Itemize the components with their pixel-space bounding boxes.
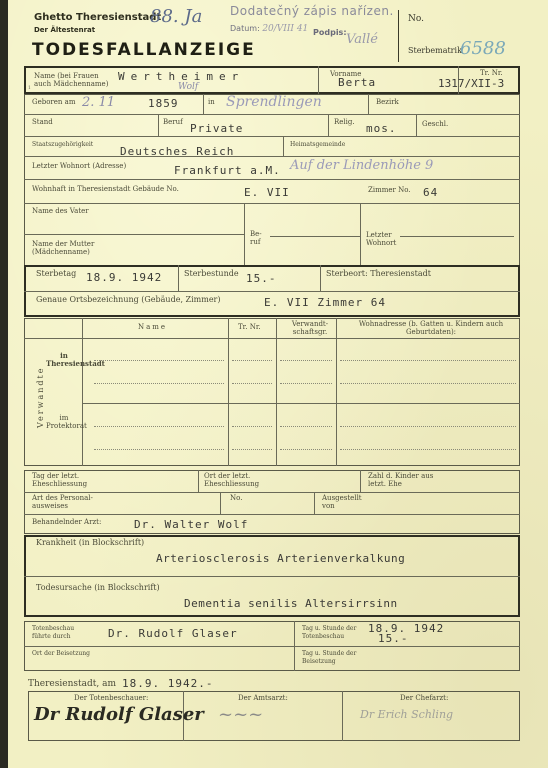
wohnhaft-label: Wohnhaft in Theresienstadt Gebäude No.: [32, 185, 179, 193]
zimmer-label: Zimmer No.: [368, 186, 411, 194]
sterbematrik-label: Sterbematrik: [408, 46, 462, 55]
sig1-value: Dr Rudolf Glaser: [34, 704, 204, 725]
stamp-signature-value: Vallé: [346, 32, 378, 47]
issued-by-label: Ausgestellt von: [322, 494, 362, 510]
maiden-name-hand: Wolf: [178, 82, 198, 92]
burial-place-label: Ort der Beisetzung: [32, 650, 92, 658]
place-date-value: 18.9. 1942.-: [122, 677, 213, 690]
examiner-label: Totenbeschau führte durch: [32, 625, 92, 641]
illness-value: Arteriosclerosis Arterienverkalkung: [156, 552, 405, 565]
sterbestunde-value: 15.-: [246, 272, 277, 285]
stamp-date-label: Datum: 20/VIII 41: [230, 24, 308, 34]
attending-doctor-label: Behandelnder Arzt:: [32, 518, 101, 526]
sterbetag-label: Sterbetag: [36, 270, 76, 278]
geboren-label: Geboren am: [32, 98, 75, 106]
trnr-label: Tr. Nr.: [480, 69, 503, 77]
group-protektorat: im Protektorat: [46, 414, 82, 430]
council-name: Der Ältestenrat: [34, 26, 95, 34]
birth-day-hand: 2. 11: [82, 95, 115, 110]
marriage-date-label: Tag der letzt. Eheschliessung: [32, 472, 122, 488]
birth-year: 1859: [148, 97, 179, 110]
rel-header-address: Wohnadresse (b. Gatten u. Kindern auch G…: [356, 320, 506, 336]
children-count-label: Zahl d. Kinder aus letzt. Ehe: [368, 472, 448, 488]
marriage-place-label: Ort der letzt. Eheschliessung: [204, 472, 284, 488]
organization-name: Ghetto Theresienstadt: [34, 12, 161, 23]
sig3-label: Der Chefarzt:: [400, 694, 448, 702]
examiner-value: Dr. Rudolf Glaser: [108, 627, 238, 640]
ortsbez-value: E. VII Zimmer 64: [264, 296, 386, 309]
wohnort-label: Letzter Wohnort (Adresse): [32, 162, 126, 170]
sig1-label: Der Totenbeschauer:: [74, 694, 148, 702]
sig2-value: ~~~: [218, 704, 263, 725]
beruf2-label: Be- ruf: [250, 230, 270, 246]
stand-label: Stand: [32, 118, 53, 126]
relig-label: Relig.: [334, 118, 355, 126]
examination-hour: 15.-: [378, 632, 409, 645]
burial-time-label: Tag u. Stunde der Beisetzung: [302, 650, 368, 666]
letzter-wohnort-label: Letzter Wohnort: [366, 231, 406, 247]
sig2-label: Der Amtsarzt:: [238, 694, 288, 702]
heimat-label: Heimatsgemeinde: [290, 141, 345, 149]
header-divider: [398, 10, 399, 62]
wohnort-hand: Auf der Lindenhöhe 9: [290, 158, 433, 173]
wohnhaft-value: E. VII: [244, 186, 290, 199]
beruf-label: Beruf: [163, 118, 183, 126]
stamp-text: Dodatečný zápis nařízen.: [230, 4, 394, 18]
geschl-label: Geschl.: [422, 120, 448, 128]
cause-value: Dementia senilis Altersirrsinn: [184, 597, 398, 610]
sterbematrik-value: 6588: [460, 38, 506, 59]
id-type-label: Art des Personal- ausweises: [32, 494, 112, 510]
form-title: TODESFALLANZEIGE: [32, 40, 256, 60]
sterbeort-label: Sterbeort: Theresienstadt: [326, 270, 431, 278]
vorname-value: Berta: [338, 76, 376, 89]
place-date-label: Theresienstadt, am: [28, 680, 116, 688]
rel-header-name: Name: [138, 323, 167, 331]
zimmer-value: 64: [423, 186, 438, 199]
no-label: No.: [408, 14, 424, 24]
attending-doctor-value: Dr. Walter Wolf: [134, 518, 248, 531]
mutter-label: Name der Mutter (Mädchenname): [32, 240, 122, 256]
handwritten-number: 88. Ja: [150, 6, 202, 27]
id-no-label: No.: [230, 494, 242, 502]
relatives-table: [24, 318, 520, 466]
relatives-side-label: Verwandte: [36, 367, 45, 428]
trnr-value: 1317/XII-3: [438, 77, 504, 90]
sterbetag-value: 18.9. 1942: [86, 271, 162, 284]
vater-label: Name des Vater: [32, 207, 92, 215]
rel-header-relation: Verwandt-schaftsgr.: [288, 320, 332, 336]
ortsbez-label: Genaue Ortsbezeichnung (Gebäude, Zimmer): [36, 296, 221, 304]
beruf-value: Private: [190, 122, 243, 135]
illness-label: Krankheit (in Blockschrift): [36, 539, 144, 547]
staats-label: Staatszugehörigkeit: [32, 141, 93, 149]
stamp-date-value: 20/VIII 41: [262, 24, 308, 34]
stamp-signature-label: Podpis:: [313, 28, 347, 37]
death-notice-form: Ghetto Theresienstadt Der Ältestenrat TO…: [8, 0, 548, 768]
birthplace-label: in: [208, 98, 215, 106]
sterbestunde-label: Sterbestunde: [184, 270, 239, 278]
relig-value: mos.: [366, 122, 397, 135]
wohnort-value: Frankfurt a.M.: [174, 164, 281, 177]
birthplace-hand: Sprendlingen: [226, 94, 322, 110]
bezirk-label: Bezirk: [376, 98, 399, 106]
name-label: Name (bei Frauen auch Mädchenname): [34, 72, 114, 88]
group-theresienstadt: in Theresienstadt: [46, 352, 82, 368]
cause-label: Todesursache (in Blockschrift): [36, 584, 160, 592]
rel-header-trnr: Tr. Nr.: [238, 323, 261, 331]
sig3-value: Dr Erich Schling: [360, 708, 453, 721]
examination-time-label: Tag u. Stunde der Totenbeschau: [302, 625, 368, 641]
